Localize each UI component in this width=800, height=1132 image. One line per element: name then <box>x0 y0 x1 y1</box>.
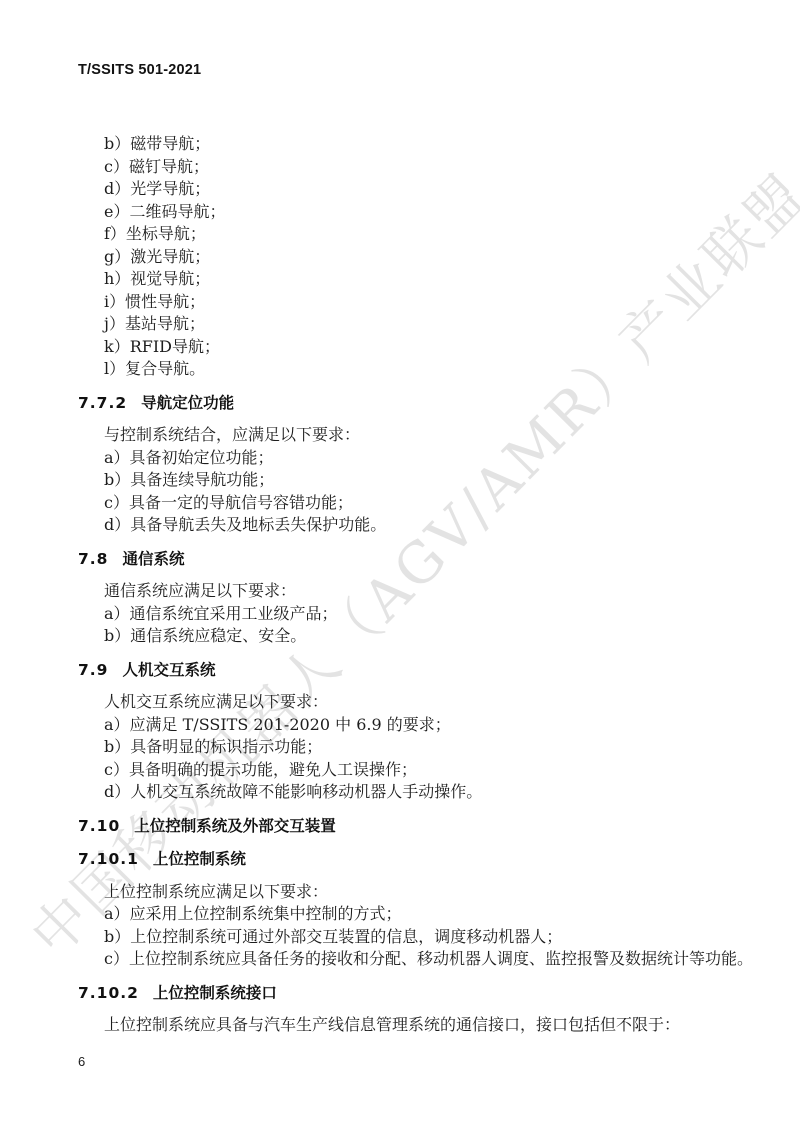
section-7-8: 7.8通信系统 通信系统应满足以下要求： a）通信系统宜采用工业级产品； b）通… <box>78 548 780 648</box>
paragraph: 通信系统应满足以下要求： <box>78 580 780 603</box>
paragraph: 与控制系统结合，应满足以下要求： <box>78 424 780 447</box>
paragraph: 上位控制系统应满足以下要求： <box>78 881 780 904</box>
list-item: j）基站导航； <box>104 313 780 336</box>
section-heading: 7.9人机交互系统 <box>78 659 780 682</box>
list-item: b）具备连续导航功能； <box>78 469 780 492</box>
list-item: g）激光导航； <box>104 246 780 269</box>
section-title: 上位控制系统接口 <box>153 984 277 1002</box>
section-heading: 7.7.2导航定位功能 <box>78 392 780 415</box>
section-7-10: 7.10上位控制系统及外部交互装置 <box>78 815 780 838</box>
list-item: a）应采用上位控制系统集中控制的方式； <box>78 903 780 926</box>
section-7-7-2: 7.7.2导航定位功能 与控制系统结合，应满足以下要求： a）具备初始定位功能；… <box>78 392 780 537</box>
section-number: 7.7.2 <box>78 392 127 415</box>
page-number: 6 <box>78 1054 85 1069</box>
section-heading: 7.10.1上位控制系统 <box>78 848 780 871</box>
section-heading: 7.8通信系统 <box>78 548 780 571</box>
list-item: l）复合导航。 <box>104 358 780 381</box>
list-item: c）磁钉导航； <box>104 156 780 179</box>
section-title: 人机交互系统 <box>122 661 215 679</box>
list-item: c）上位控制系统应具备任务的接收和分配、移动机器人调度、监控报警及数据统计等功能… <box>78 948 780 971</box>
section-heading: 7.10.2上位控制系统接口 <box>78 982 780 1005</box>
list-item: k）RFID导航； <box>104 336 780 359</box>
section-number: 7.8 <box>78 548 108 571</box>
section-number: 7.9 <box>78 659 108 682</box>
list-item: i）惯性导航； <box>104 291 780 314</box>
standard-number-header: T/SSITS 501-2021 <box>78 62 201 78</box>
list-item: c）具备一定的导航信号容错功能； <box>78 492 780 515</box>
list-item: b）磁带导航； <box>104 133 780 156</box>
section-7-10-1: 7.10.1上位控制系统 上位控制系统应满足以下要求： a）应采用上位控制系统集… <box>78 848 780 971</box>
list-item: d）光学导航； <box>104 178 780 201</box>
list-item: b）具备明显的标识指示功能； <box>78 736 780 759</box>
paragraph: 人机交互系统应满足以下要求： <box>78 691 780 714</box>
section-number: 7.10 <box>78 815 120 838</box>
list-item: d）人机交互系统故障不能影响移动机器人手动操作。 <box>78 781 780 804</box>
page-content: b）磁带导航； c）磁钉导航； d）光学导航； e）二维码导航； f）坐标导航；… <box>78 133 780 1037</box>
section-number: 7.10.2 <box>78 982 139 1005</box>
list-item: a）通信系统宜采用工业级产品； <box>78 603 780 626</box>
section-title: 通信系统 <box>122 550 184 568</box>
list-item: a）应满足 T/SSITS 201-2020 中 6.9 的要求； <box>78 714 780 737</box>
document-page: 中国移动机器人（AGV/AMR）产业联盟 T/SSITS 501-2021 b）… <box>0 0 800 1132</box>
navigation-type-list: b）磁带导航； c）磁钉导航； d）光学导航； e）二维码导航； f）坐标导航；… <box>78 133 780 381</box>
section-title: 上位控制系统及外部交互装置 <box>134 817 336 835</box>
list-item: c）具备明确的提示功能，避免人工误操作； <box>78 759 780 782</box>
section-heading: 7.10上位控制系统及外部交互装置 <box>78 815 780 838</box>
section-number: 7.10.1 <box>78 848 139 871</box>
section-7-9: 7.9人机交互系统 人机交互系统应满足以下要求： a）应满足 T/SSITS 2… <box>78 659 780 804</box>
section-title: 导航定位功能 <box>141 394 234 412</box>
list-item: h）视觉导航； <box>104 268 780 291</box>
list-item: d）具备导航丢失及地标丢失保护功能。 <box>78 514 780 537</box>
paragraph: 上位控制系统应具备与汽车生产线信息管理系统的通信接口，接口包括但不限于： <box>78 1014 780 1037</box>
list-item: b）上位控制系统可通过外部交互装置的信息，调度移动机器人； <box>78 926 780 949</box>
list-item: a）具备初始定位功能； <box>78 447 780 470</box>
list-item: b）通信系统应稳定、安全。 <box>78 625 780 648</box>
section-title: 上位控制系统 <box>153 850 246 868</box>
list-item: e）二维码导航； <box>104 201 780 224</box>
list-item: f）坐标导航； <box>104 223 780 246</box>
section-7-10-2: 7.10.2上位控制系统接口 上位控制系统应具备与汽车生产线信息管理系统的通信接… <box>78 982 780 1037</box>
